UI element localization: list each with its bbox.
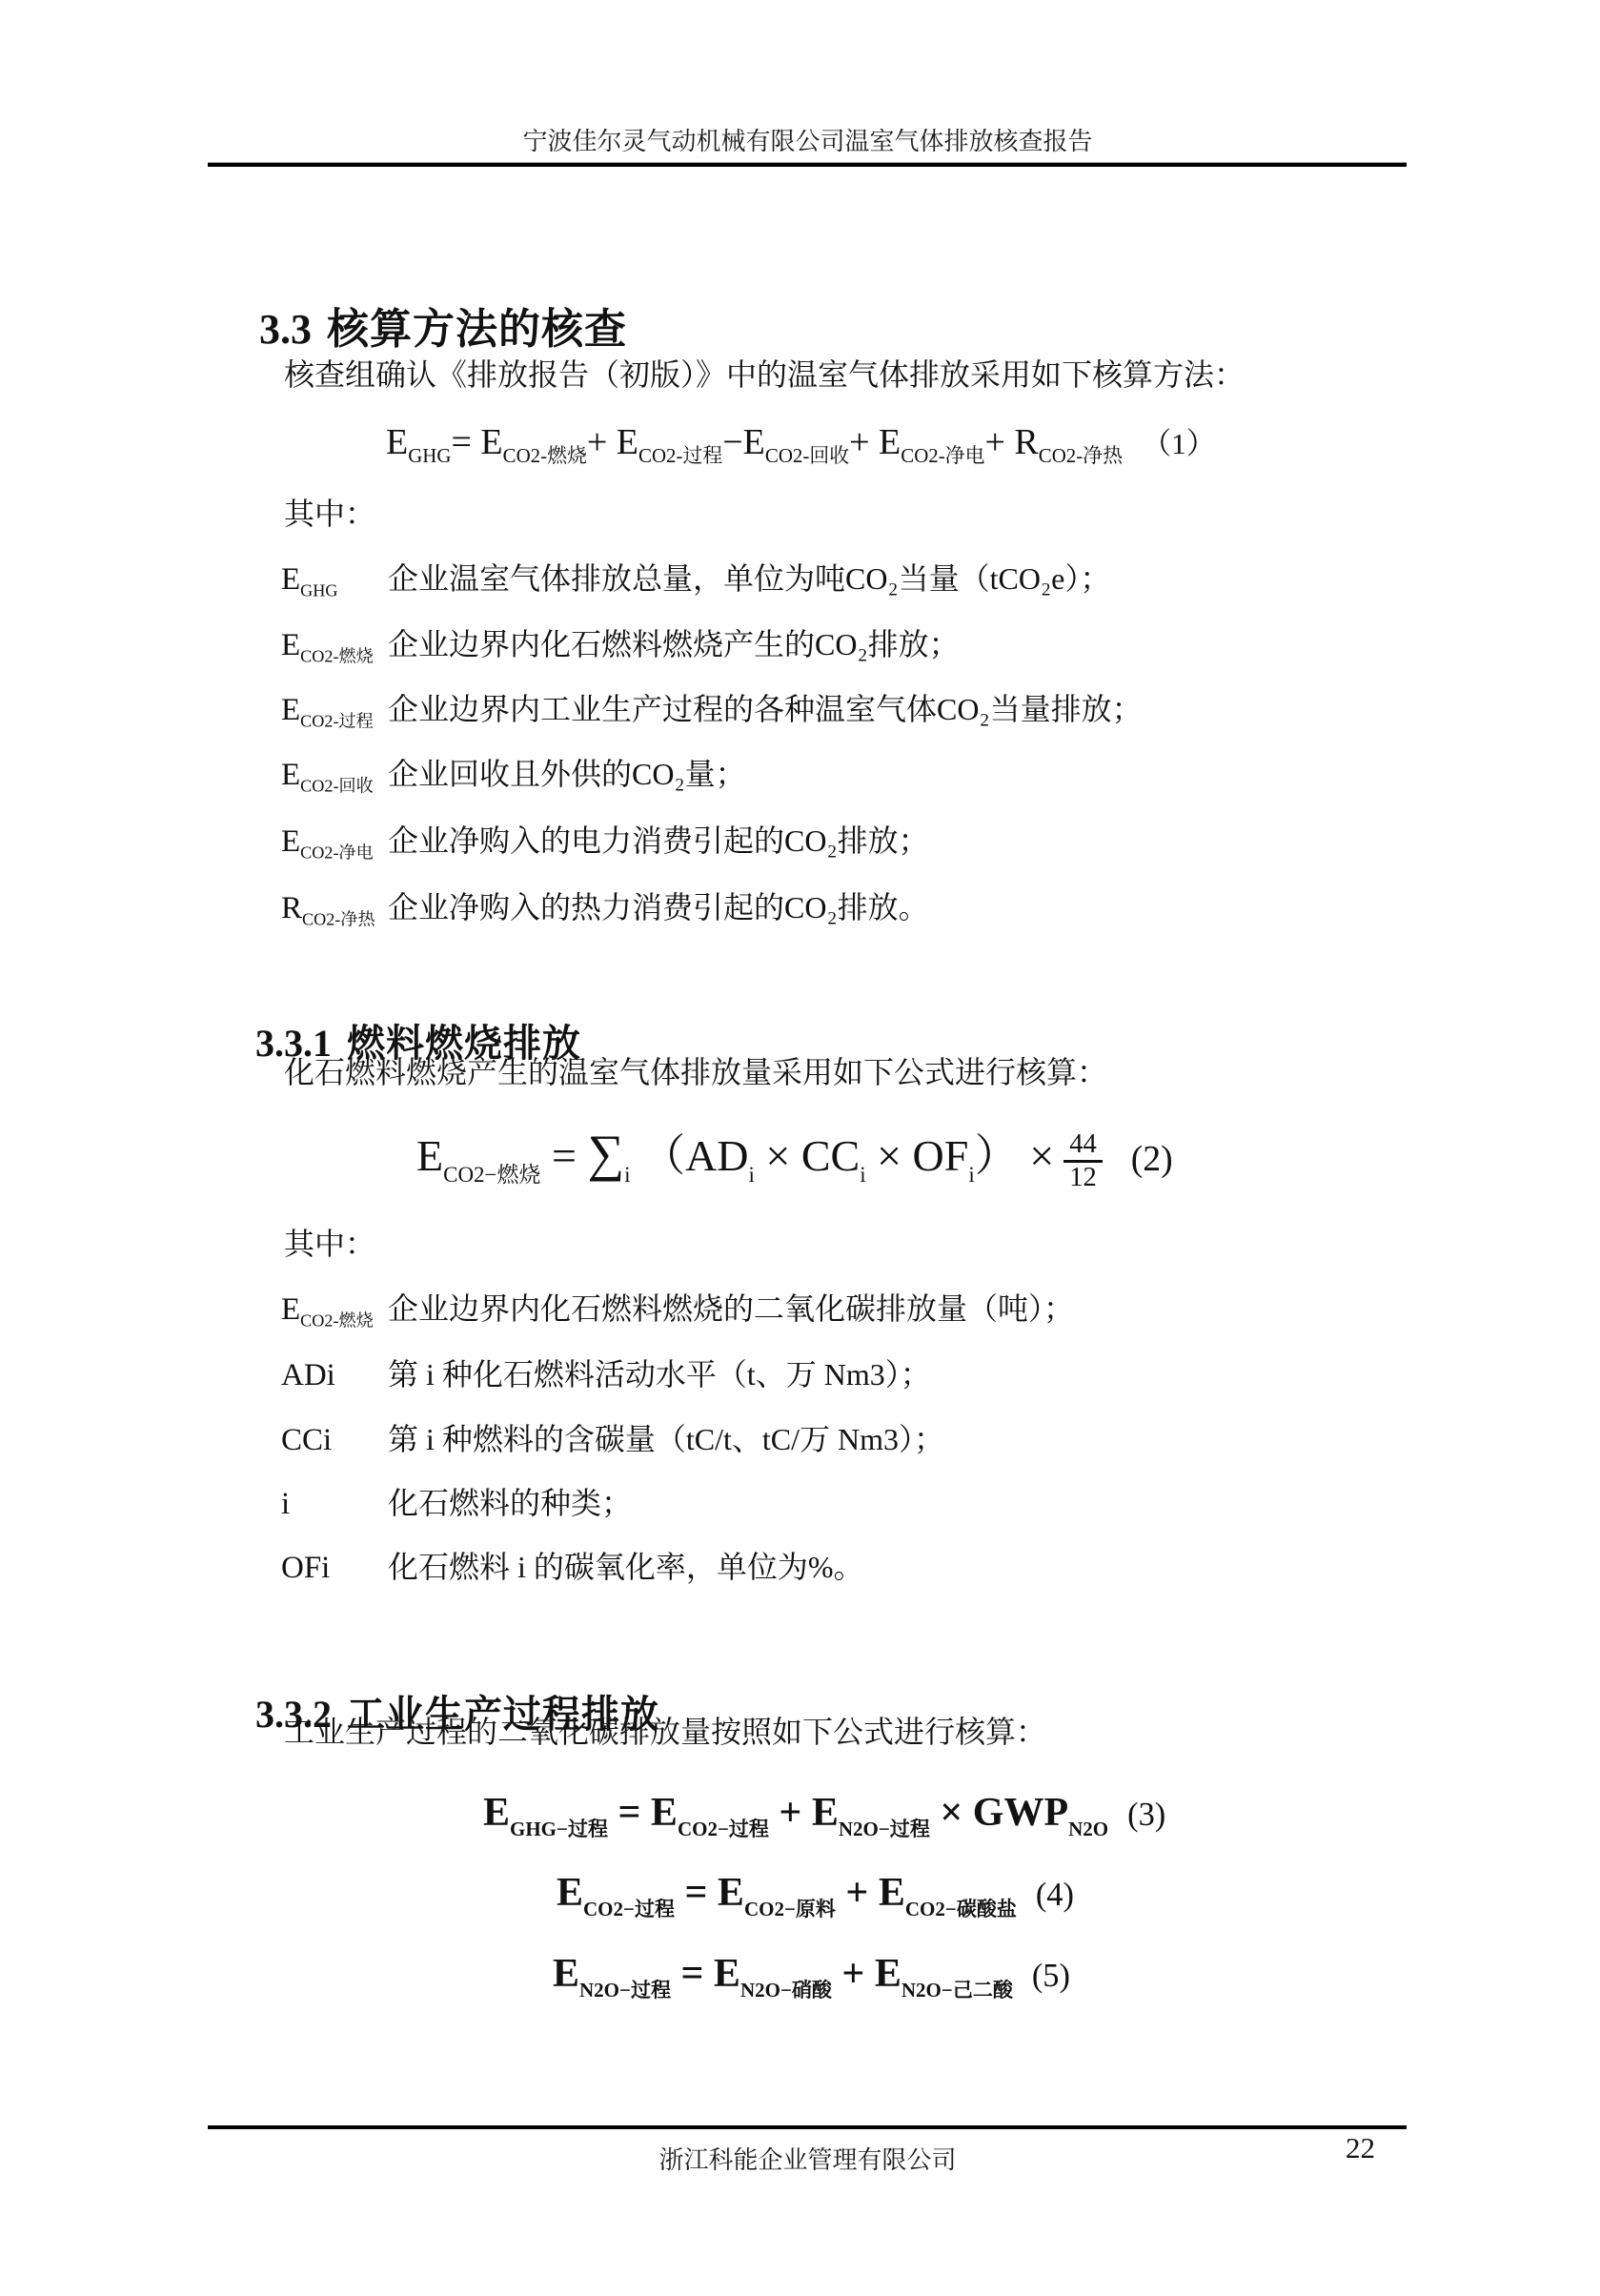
formula-3: EGHG−过程 = ECO2−过程 + EN2O−过程 × GWPN2O(3) [483,1790,1165,1842]
formula-token: −E [722,422,765,462]
section-3-3-intro: 核查组确认《排放报告（初版）》中的温室气体排放采用如下核算方法： [284,351,1245,395]
formula-token: CO2-过程 [300,712,374,731]
definition-term: RCO2-净热 [281,891,388,931]
formula-token: CO2−燃烧 [443,1163,540,1187]
definition-text: 企业边界内工业生产过程的各种温室气体CO₂当量排放； [388,685,1143,729]
definition-term: ECO2-过程 [281,693,388,733]
formula-token: ） × [975,1131,1054,1180]
definition-row: ECO2-过程 企业边界内工业生产过程的各种温室气体CO₂当量排放； [281,685,1143,733]
formula-token: + R [984,422,1038,462]
definition-term: EGHG [281,562,388,601]
definition-row: ADi 第 i 种化石燃料活动水平（t、万 Nm3）； [281,1351,931,1394]
formula-token: × GWP [930,1791,1068,1835]
definition-text: 企业边界内化石燃料燃烧产生的CO₂排放； [388,620,960,664]
formula-token: N2O−过程 [839,1818,930,1840]
formula-token: CCi [281,1423,332,1457]
formula-token: R [281,891,302,925]
definition-text: 第 i 种化石燃料活动水平（t、万 Nm3）； [388,1351,931,1394]
definition-text: 企业净购入的电力消费引起的CO₂排放； [388,817,929,861]
formula-token: CO2-燃烧 [300,647,374,666]
formula-token: GHG−过程 [510,1818,608,1840]
definition-term: ECO2-燃烧 [281,628,388,668]
formula-token: × OF [866,1131,969,1180]
definition-term: ECO2-回收 [281,758,388,798]
header-rule [208,162,1407,167]
formula-token: N2O−过程 [579,1979,671,2001]
formula-token: = E [671,1952,740,1996]
definition-row: CCi 第 i 种燃料的含碳量（tC/t、tC/万 Nm3）； [281,1415,944,1459]
formula-token: （AD [631,1131,749,1180]
section-3-3-number: 3.3 [259,306,312,353]
definition-row: i 化石燃料的种类； [281,1479,632,1523]
definition-term: ECO2-燃烧 [281,1292,388,1332]
formula-token: E [281,562,300,597]
formula-token: N2O−硝酸 [740,1979,832,2001]
definition-row: EGHG 企业温室气体排放总量，单位为吨CO₂当量（tCO₂e）； [281,555,1110,601]
formula-token: E [281,758,300,792]
definition-text: 第 i 种燃料的含碳量（tC/t、tC/万 Nm3）； [388,1415,944,1459]
section-3-3-2-intro: 工业生产过程的二氧化碳排放量按照如下公式进行核算： [284,1708,1046,1752]
formula-token: × CC [755,1131,860,1180]
among-label-1: 其中： [284,490,375,534]
formula-token: E [281,824,300,859]
definition-row: OFi 化石燃料 i 的碳氧化率，单位为%。 [281,1543,864,1587]
definition-row: ECO2-净电 企业净购入的电力消费引起的CO₂排放； [281,817,929,864]
formula-token: E [386,422,408,462]
formula-token: CO2-净热 [302,910,375,929]
formula-token: = E [451,422,502,462]
definition-text: 企业净购入的热力消费引起的CO₂排放。 [388,884,929,927]
definition-row: ECO2-燃烧 企业边界内化石燃料燃烧的二氧化碳排放量（吨）； [281,1285,1074,1332]
formula-token: CO2-回收 [765,444,849,467]
definition-row: ECO2-燃烧 企业边界内化石燃料燃烧产生的CO₂排放； [281,620,960,668]
formula-2: ECO2−燃烧 = ∑i （ADi × CCi × OFi） ×4412(2) [416,1121,1173,1193]
definition-text: 企业温室气体排放总量，单位为吨CO₂当量（tCO₂e）； [388,555,1110,599]
definition-text: 化石燃料 i 的碳氧化率，单位为%。 [388,1543,864,1587]
among-label-2: 其中： [284,1220,375,1264]
page-number: 22 [1346,2131,1375,2165]
formula-token: (5) [1032,1958,1070,1994]
report-page: 宁波佳尔灵气动机械有限公司温室气体排放核查报告 3.3核算方法的核查 核查组确认… [0,0,1600,2296]
formula-token: E [281,1292,300,1327]
formula-token: E [483,1791,510,1835]
formula-token: CO2-净电 [300,843,374,863]
formula-token: E [281,693,300,727]
formula-token: CO2−过程 [678,1818,769,1840]
definition-row: RCO2-净热 企业净购入的热力消费引起的CO₂排放。 [281,884,929,931]
formula-token: CO2-回收 [300,777,374,796]
formula-token: 4412 [1063,1129,1103,1193]
formula-token: CO2−过程 [583,1898,675,1920]
definition-row: ECO2-回收 企业回收且外供的CO₂量； [281,750,746,798]
formula-token: ADi [281,1358,335,1392]
formula-token: GHG [300,581,337,600]
footer-rule [208,2125,1407,2129]
definition-term: ECO2-净电 [281,824,388,864]
section-3-3-1-intro: 化石燃料燃烧产生的温室气体排放量采用如下公式进行核算： [284,1048,1107,1092]
formula-token: CO2-净电 [901,444,984,467]
formula-token: = E [608,1791,678,1835]
definition-text: 企业回收且外供的CO₂量； [388,750,746,794]
formula-token: N2O [1068,1818,1108,1840]
formula-token: CO2-燃烧 [503,444,587,467]
footer-company: 浙江科能企业管理有限公司 [210,2141,1406,2176]
definition-term: i [281,1487,388,1522]
formula-token: E [557,1871,583,1915]
formula-token: (2) [1131,1139,1173,1179]
formula-token: CO2-过程 [638,444,722,467]
formula-token: = [541,1131,588,1180]
formula-token: (3) [1127,1797,1165,1833]
formula-token: + E [832,1952,901,1996]
formula-token: + E [587,422,638,462]
definition-term: CCi [281,1423,388,1458]
formula-token: E [416,1131,443,1180]
formula-5: EN2O−过程 = EN2O−硝酸 + EN2O−己二酸(5) [553,1951,1070,2003]
formula-token: = E [675,1871,744,1915]
formula-token: CO2−碳酸盐 [905,1898,1017,1920]
formula-token: CO2-燃烧 [300,1311,374,1331]
formula-token: + E [836,1871,905,1915]
formula-1: EGHG= ECO2-燃烧+ ECO2-过程−ECO2-回收+ ECO2-净电+… [386,419,1216,468]
formula-token: CO2-净热 [1039,444,1123,467]
formula-token: N2O−己二酸 [901,1979,1013,2001]
definition-term: OFi [281,1551,388,1586]
formula-token: CO2−原料 [744,1898,836,1920]
formula-token: ∑ [587,1125,624,1182]
formula-token: E [553,1952,579,1996]
definition-text: 企业边界内化石燃料燃烧的二氧化碳排放量（吨）； [388,1285,1074,1329]
formula-token: + E [849,422,901,462]
definition-term: ADi [281,1358,388,1393]
formula-token: OFi [281,1551,330,1585]
formula-token: GHG [408,444,451,467]
definition-text: 化石燃料的种类； [388,1479,632,1523]
formula-token: (4) [1036,1877,1074,1913]
formula-token: E [281,628,300,662]
header-title: 宁波佳尔灵气动机械有限公司温室气体排放核查报告 [210,122,1406,157]
formula-4: ECO2−过程 = ECO2−原料 + ECO2−碳酸盐(4) [557,1870,1074,1922]
formula-token: （1） [1142,427,1216,460]
formula-token: + E [769,1791,839,1835]
section-3-3-title: 核算方法的核查 [327,306,627,353]
formula-token: i [281,1487,290,1521]
